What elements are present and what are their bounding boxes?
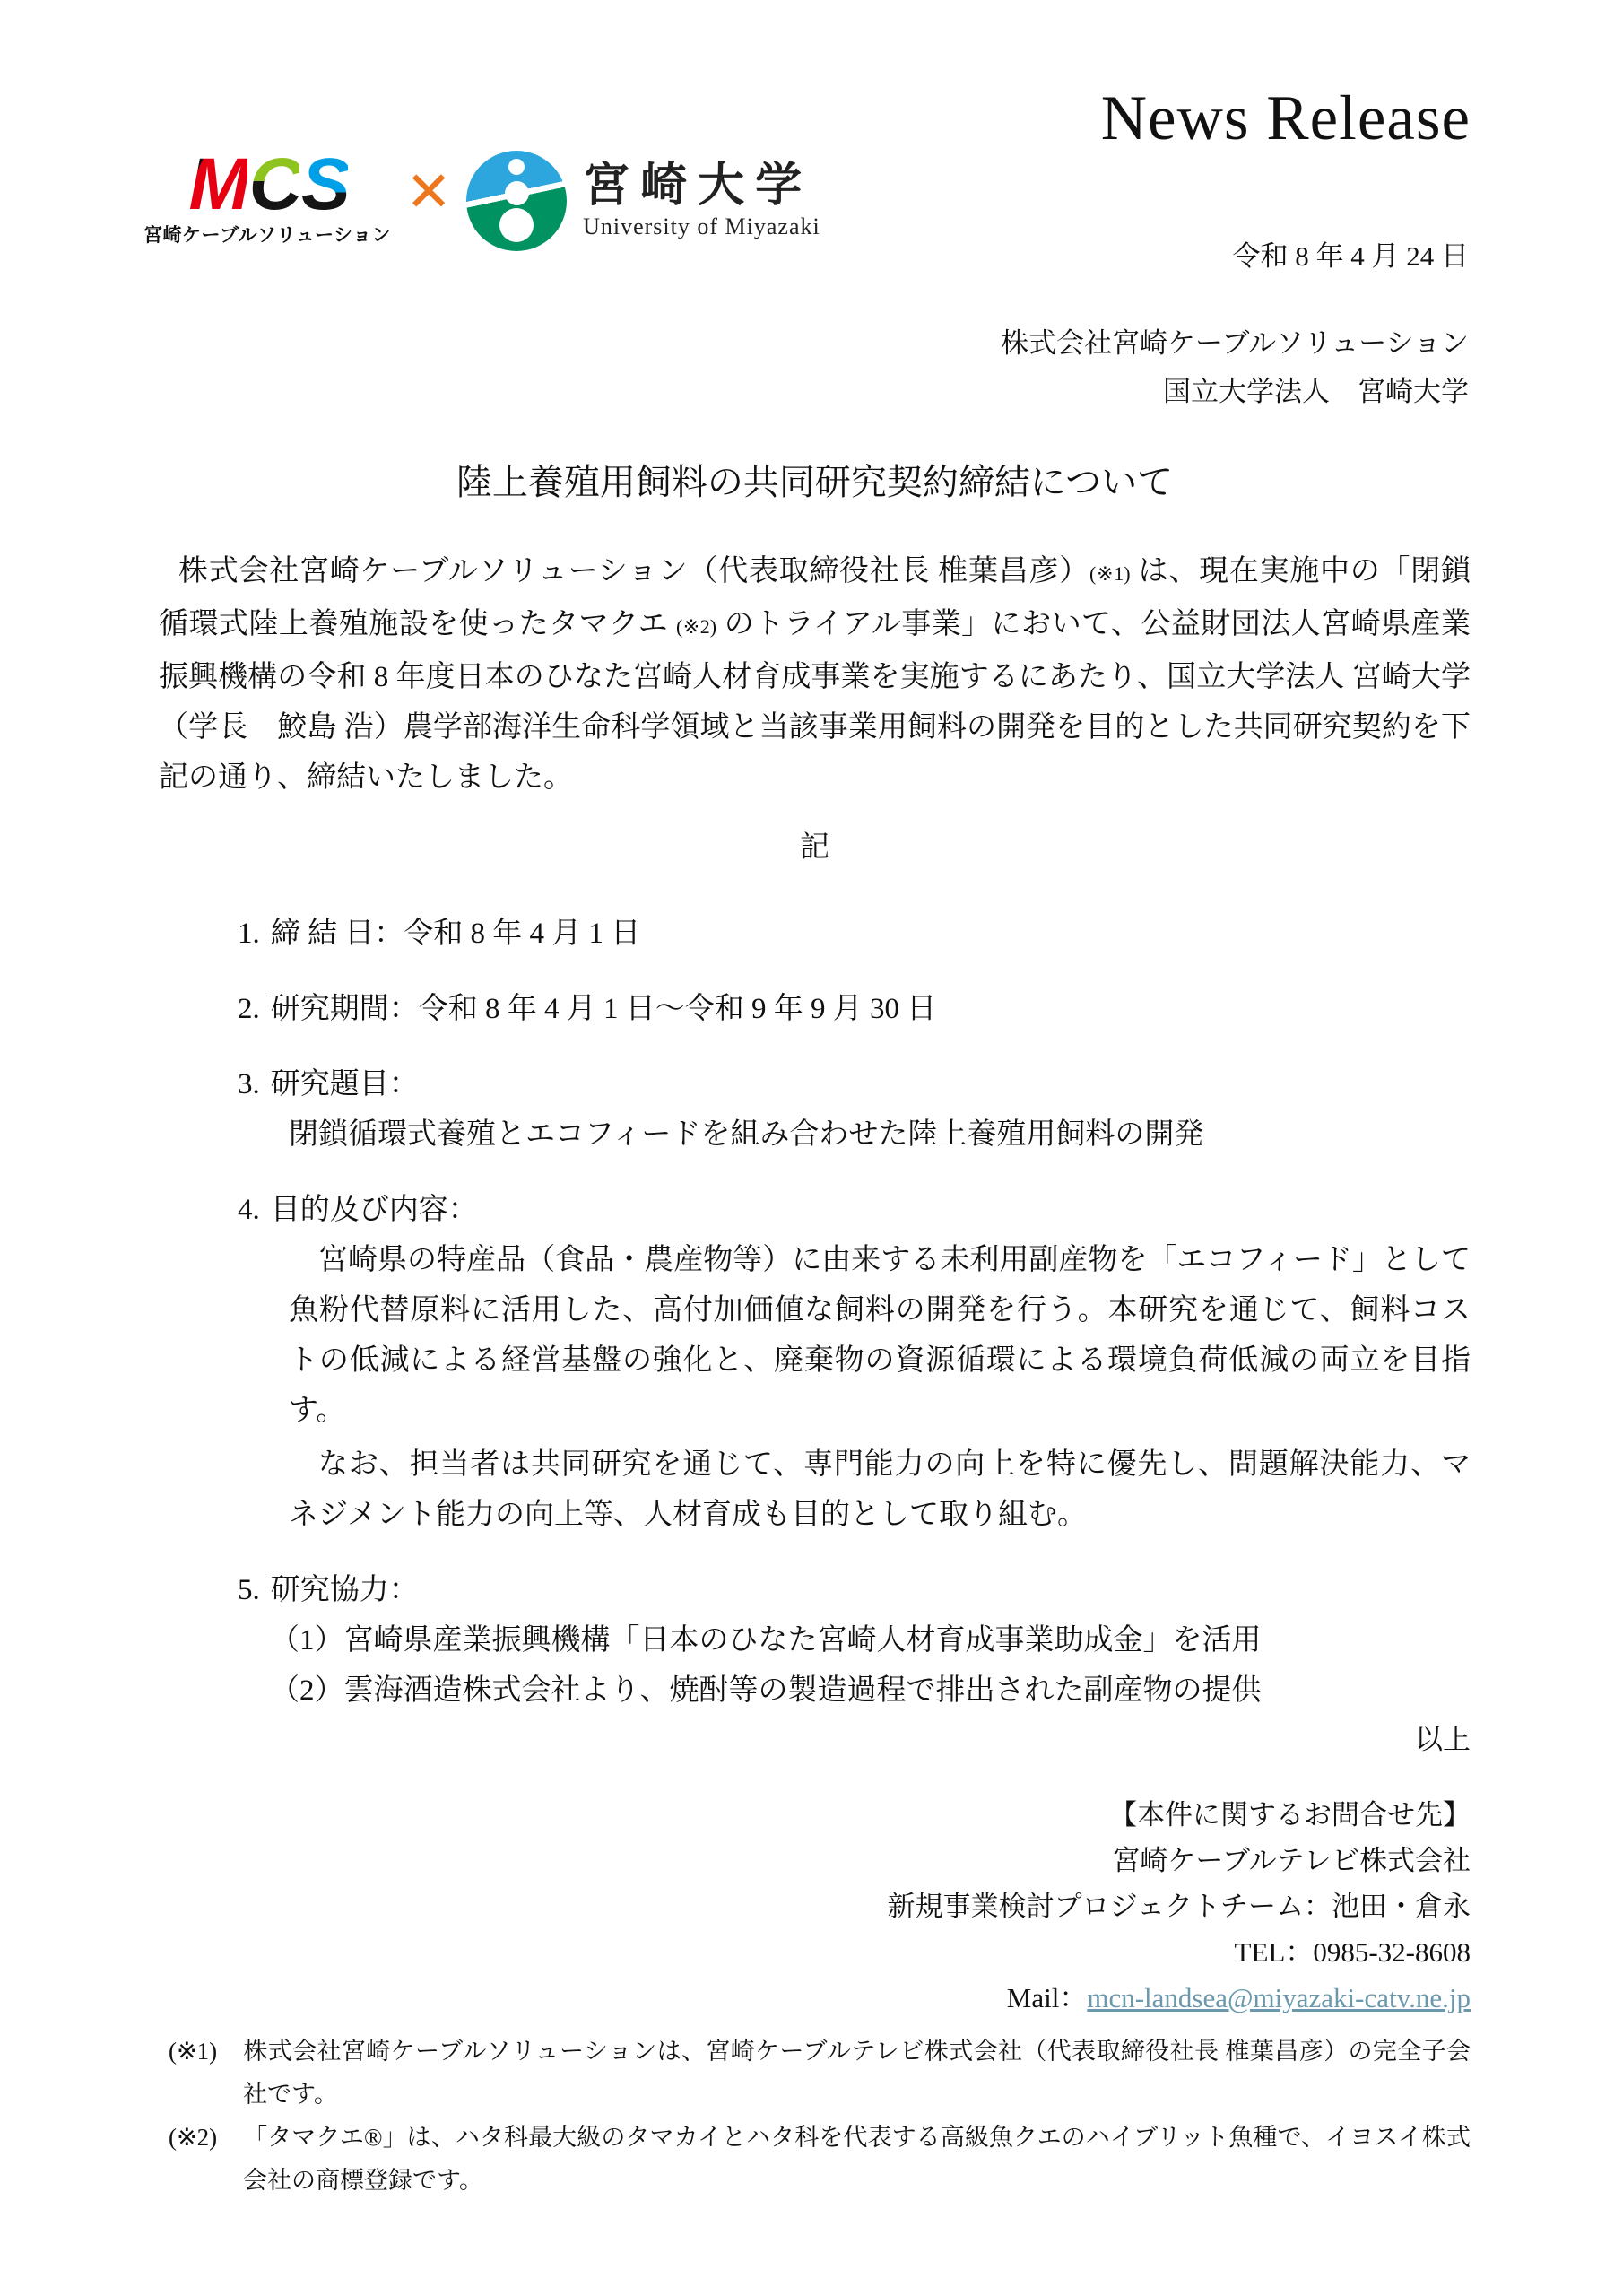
- list-item: 1.締 結 日：令和 8 年 4 月 1 日: [159, 909, 1471, 959]
- footnote-text: 「タマクエ®」は、ハタ科最大級のタマカイとハタ科を代表する高級魚クエのハイブリッ…: [243, 2124, 1471, 2194]
- issuer-block: 株式会社宮崎ケーブルソリューション 国立大学法人 宮崎大学: [1001, 319, 1469, 416]
- university-logo-text: 宮崎大学 University of Miyazaki: [583, 161, 820, 241]
- footnote-ref-2: (※2): [676, 615, 716, 638]
- mark-dot-top: [508, 159, 525, 175]
- contact-company: 宮崎ケーブルテレビ株式会社: [159, 1838, 1471, 1883]
- mcs-letter-s: S: [299, 143, 348, 225]
- university-mark-icon: [466, 151, 567, 251]
- news-release-page: News Release MCS 宮崎ケーブルソリューション ✕ 宮崎大学 Un…: [0, 0, 1623, 2296]
- item-label: 目的及び内容：: [271, 1194, 478, 1226]
- item-subitem: （1）宮崎県産業振興機構「日本のひなた宮崎人材育成事業助成金」を活用: [159, 1615, 1471, 1665]
- footnote-marker: (※2): [169, 2116, 243, 2159]
- item-paragraph: なお、担当者は共同研究を通じて、専門能力の向上を特に優先し、問題解決能力、マネジ…: [159, 1439, 1471, 1540]
- numbered-list: 1.締 結 日：令和 8 年 4 月 1 日 2.研究期間：令和 8 年 4 月…: [159, 909, 1471, 1741]
- footnote-1: (※1)株式会社宮崎ケーブルソリューションは、宮崎ケーブルテレビ株式会社（代表取…: [169, 2030, 1471, 2116]
- lead-part1: 株式会社宮崎ケーブルソリューション（代表取締役社長 椎葉昌彦）: [178, 555, 1089, 587]
- contact-team: 新規事業検討プロジェクトチーム：池田・倉永: [159, 1883, 1471, 1929]
- university-name: 宮崎大学: [583, 161, 820, 211]
- issuer-university: 国立大学法人 宮崎大学: [1001, 368, 1469, 416]
- item-label: 研究期間：令和 8 年 4 月 1 日～令和 9 年 9 月 30 日: [271, 993, 937, 1025]
- contact-block: 【本件に関するお問合せ先】 宮崎ケーブルテレビ株式会社 新規事業検討プロジェクト…: [159, 1792, 1471, 2021]
- footnote-2: (※2)「タマクエ®」は、ハタ科最大級のタマカイとハタ科を代表する高級魚クエのハ…: [169, 2116, 1471, 2202]
- item-label: 研究題目：: [271, 1068, 419, 1100]
- university-subname: University of Miyazaki: [583, 213, 820, 240]
- footnote-text: 株式会社宮崎ケーブルソリューションは、宮崎ケーブルテレビ株式会社（代表取締役社長…: [243, 2038, 1471, 2108]
- item-number: 4.: [238, 1194, 260, 1226]
- collaboration-cross-icon: ✕: [405, 165, 452, 237]
- closing-marker: 以上: [159, 1717, 1471, 1757]
- mail-label: Mail：: [1007, 1982, 1088, 2013]
- mcs-letter-m: M: [187, 143, 247, 225]
- mail-link[interactable]: mcn-landsea@miyazaki-catv.ne.jp: [1087, 1982, 1471, 2013]
- item-number: 2.: [238, 993, 260, 1025]
- mark-dot-bottom: [499, 208, 534, 242]
- footnote-ref-1: (※1): [1089, 562, 1131, 585]
- contact-heading: 【本件に関するお問合せ先】: [159, 1792, 1471, 1838]
- item-number: 5.: [238, 1574, 260, 1606]
- item-label: 研究協力：: [271, 1574, 419, 1606]
- contact-mail-line: Mail：mcn-landsea@miyazaki-catv.ne.jp: [159, 1975, 1471, 2021]
- mcs-logo-label: 宮崎ケーブルソリューション: [143, 221, 391, 248]
- list-item: 3.研究題目： 閉鎖循環式養殖とエコフィードを組み合わせた陸上養殖用飼料の開発: [159, 1059, 1471, 1160]
- ki-marker: 記: [159, 823, 1471, 865]
- list-item: 2.研究期間：令和 8 年 4 月 1 日～令和 9 年 9 月 30 日: [159, 984, 1471, 1034]
- item-number: 1.: [238, 918, 260, 950]
- mcs-letter-c: C: [247, 143, 299, 225]
- document-title: 陸上養殖用飼料の共同研究契約締結について: [159, 454, 1471, 505]
- university-of-miyazaki-logo: 宮崎大学 University of Miyazaki: [466, 151, 820, 251]
- mcs-logo-letters: MCS: [187, 154, 347, 214]
- mcs-logo: MCS 宮崎ケーブルソリューション: [143, 154, 391, 247]
- item-content: 閉鎖循環式養殖とエコフィードを組み合わせた陸上養殖用飼料の開発: [159, 1109, 1471, 1160]
- item-number: 3.: [238, 1068, 260, 1100]
- issuer-company: 株式会社宮崎ケーブルソリューション: [1001, 319, 1469, 368]
- news-release-heading: News Release: [1101, 83, 1471, 155]
- item-subitem: （2）雲海酒造株式会社より、焼酎等の製造過程で排出された副産物の提供: [159, 1665, 1471, 1716]
- list-item: 4.目的及び内容： 宮崎県の特産品（食品・農産物等）に由来する未利用副産物を「エ…: [159, 1185, 1471, 1540]
- issue-date: 令和 8 年 4 月 24 日: [1233, 233, 1470, 274]
- lead-paragraph: 株式会社宮崎ケーブルソリューション（代表取締役社長 椎葉昌彦）(※1) は、現在…: [159, 546, 1471, 803]
- logo-row: MCS 宮崎ケーブルソリューション ✕ 宮崎大学 University of M…: [143, 151, 820, 251]
- list-item: 5.研究協力： （1）宮崎県産業振興機構「日本のひなた宮崎人材育成事業助成金」を…: [159, 1565, 1471, 1716]
- contact-tel: TEL：0985-32-8608: [159, 1929, 1471, 1975]
- item-paragraph: 宮崎県の特産品（食品・農産物等）に由来する未利用副産物を「エコフィード」として魚…: [159, 1235, 1471, 1436]
- footnote-marker: (※1): [169, 2030, 243, 2073]
- item-label: 締 結 日：令和 8 年 4 月 1 日: [271, 918, 641, 950]
- footnotes: (※1)株式会社宮崎ケーブルソリューションは、宮崎ケーブルテレビ株式会社（代表取…: [169, 2030, 1471, 2202]
- mark-dot-middle: [505, 181, 529, 205]
